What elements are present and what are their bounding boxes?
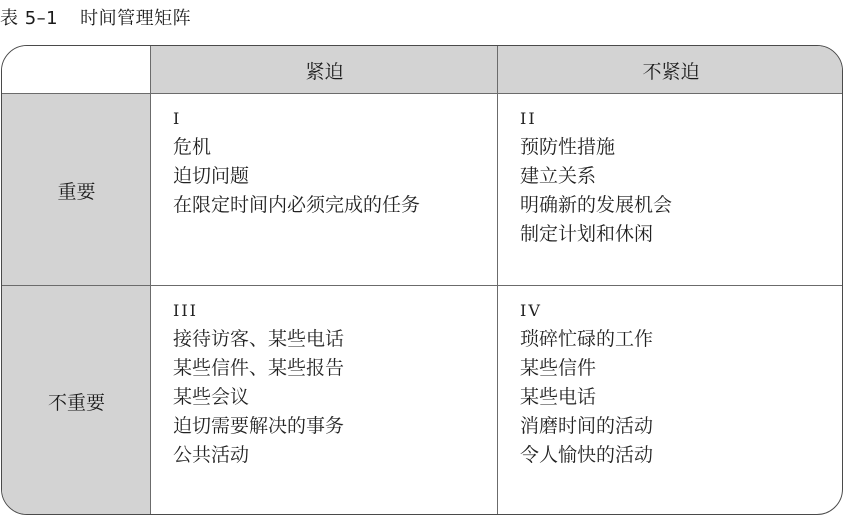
list-item: 迫切问题 [173, 162, 420, 191]
row-header-important: 重要 [2, 94, 151, 286]
quadrant-list: IV 琐碎忙碌的工作 某些信件 某些电话 消磨时间的活动 令人愉快的活动 [520, 296, 653, 470]
list-item: 消磨时间的活动 [520, 412, 653, 441]
table-caption: 表 5–1时间管理矩阵 [0, 4, 191, 30]
quadrant-numeral: III [173, 296, 344, 325]
column-header-label: 不紧迫 [498, 46, 843, 94]
list-item: 公共活动 [173, 441, 344, 470]
quadrant-1: I 危机 迫切问题 在限定时间内必须完成的任务 [151, 94, 498, 286]
table-title: 时间管理矩阵 [80, 8, 191, 29]
list-item: 迫切需要解决的事务 [173, 412, 344, 441]
row-divider [2, 285, 842, 286]
header-divider [2, 93, 842, 94]
column-header-urgent: 紧迫 [151, 46, 498, 94]
quadrant-2: II 预防性措施 建立关系 明确新的发展机会 制定计划和休闲 [498, 94, 843, 286]
list-item: 预防性措施 [520, 133, 672, 162]
row-header-label: 重要 [2, 94, 151, 286]
quadrant-numeral: I [173, 104, 420, 133]
list-item: 在限定时间内必须完成的任务 [173, 191, 420, 220]
quadrant-4: IV 琐碎忙碌的工作 某些信件 某些电话 消磨时间的活动 令人愉快的活动 [498, 286, 843, 515]
list-item: 某些电话 [520, 383, 653, 412]
column-divider [497, 46, 498, 514]
list-item: 制定计划和休闲 [520, 220, 672, 249]
quadrant-numeral: IV [520, 296, 653, 325]
list-item: 建立关系 [520, 162, 672, 191]
list-item: 琐碎忙碌的工作 [520, 325, 653, 354]
list-item: 危机 [173, 133, 420, 162]
quadrant-numeral: II [520, 104, 672, 133]
column-divider [150, 46, 151, 514]
list-item: 某些信件 [520, 354, 653, 383]
list-item: 接待访客、某些电话 [173, 325, 344, 354]
time-management-matrix: 紧迫 不紧迫 重要 不重要 I 危机 迫切问题 在限定时间内必须完成的任务 II… [1, 45, 843, 515]
column-header-label: 紧迫 [151, 46, 498, 94]
quadrant-list: III 接待访客、某些电话 某些信件、某些报告 某些会议 迫切需要解决的事务 公… [173, 296, 344, 470]
matrix-frame: 紧迫 不紧迫 重要 不重要 I 危机 迫切问题 在限定时间内必须完成的任务 II… [1, 45, 843, 515]
row-header-label: 不重要 [2, 286, 151, 515]
row-header-not-important: 不重要 [2, 286, 151, 515]
list-item: 某些会议 [173, 383, 344, 412]
corner-cell [2, 46, 151, 94]
column-header-not-urgent: 不紧迫 [498, 46, 843, 94]
quadrant-list: II 预防性措施 建立关系 明确新的发展机会 制定计划和休闲 [520, 104, 672, 249]
list-item: 某些信件、某些报告 [173, 354, 344, 383]
list-item: 明确新的发展机会 [520, 191, 672, 220]
quadrant-list: I 危机 迫切问题 在限定时间内必须完成的任务 [173, 104, 420, 220]
quadrant-3: III 接待访客、某些电话 某些信件、某些报告 某些会议 迫切需要解决的事务 公… [151, 286, 498, 515]
table-number: 表 5–1 [0, 8, 58, 29]
list-item: 令人愉快的活动 [520, 441, 653, 470]
